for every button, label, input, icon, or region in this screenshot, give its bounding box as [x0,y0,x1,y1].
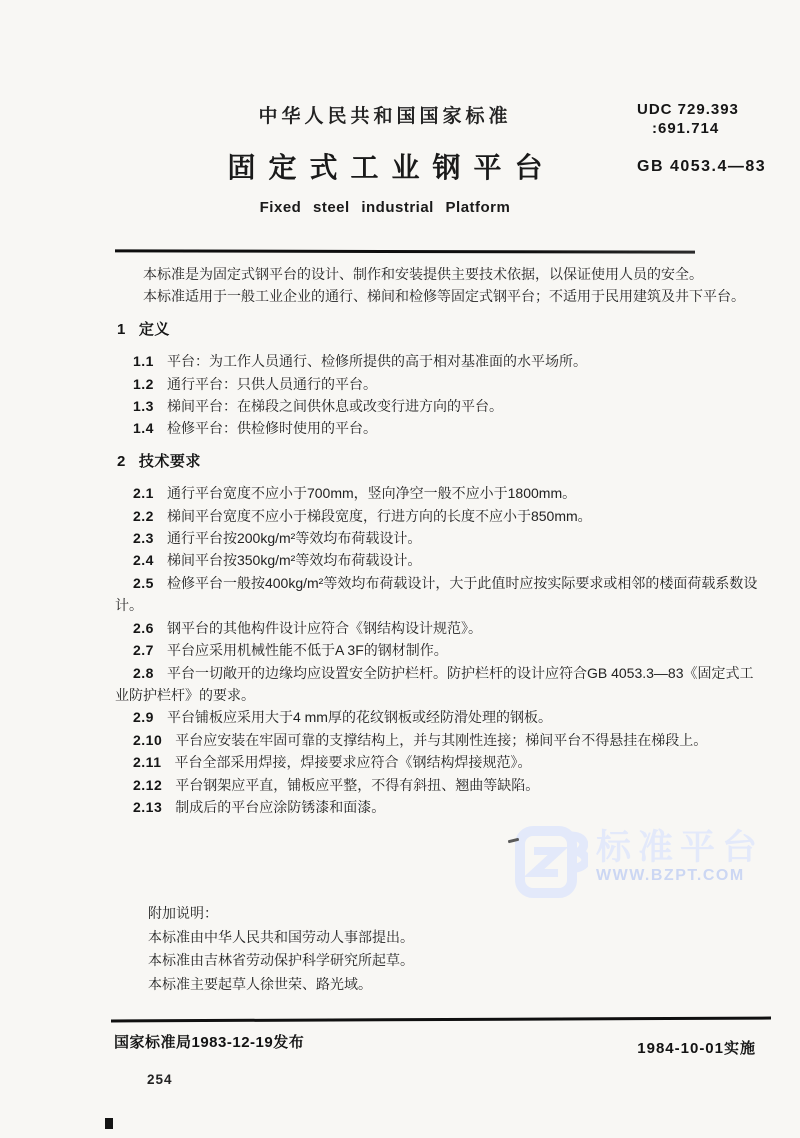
section-heading-definitions: 1定义 [117,319,767,341]
udc-line1: UDC 729.393 [637,100,739,119]
intro-paragraph: 本标准适用于一般工业企业的通行、梯间和检修等固定式钢平台；不适用于民用建筑及井下… [115,285,767,307]
clause-text: 平台铺板应采用大于4 mm厚的花纹钢板或经防滑处理的钢板。 [167,709,552,725]
clause: 2.11平台全部采用焊接，焊接要求应符合《钢结构焊接规范》。 [115,751,767,773]
clause-text: 梯间平台：在梯段之间供休息或改变行进方向的平台。 [167,398,503,414]
clause-number: 2.10 [133,732,162,748]
udc-number-block: UDC 729.393 :691.714 [637,100,739,138]
clause-text: 通行平台宽度不应小于700mm，竖向净空一般不应小于1800mm。 [167,485,576,501]
clause-number: 2.12 [133,777,162,793]
clause-text: 检修平台：供检修时使用的平台。 [167,420,377,436]
footer-divider [111,1017,771,1023]
clause-text: 检修平台一般按400kg/m²等效均布荷载设计，大于此值时应按实际要求或相邻的楼… [115,575,757,613]
clause-text: 平台应采用机械性能不低于A 3F的钢材制作。 [167,642,448,658]
intro-paragraph: 本标准是为固定式钢平台的设计、制作和安装提供主要技术依据，以保证使用人员的安全。 [115,263,767,285]
clause-number: 2.2 [133,508,154,524]
clause: 2.4梯间平台按350kg/m²等效均布荷载设计。 [115,549,767,571]
clause-number: 1.4 [133,420,154,436]
header-divider [115,249,695,253]
clause-number: 2.11 [133,754,161,770]
additional-notes: 附加说明： 本标准由中华人民共和国劳动人事部提出。 本标准由吉林省劳动保护科学研… [148,902,767,996]
page-title-english: Fixed steel industrial Platform [115,199,655,216]
udc-line2: :691.714 [637,119,739,138]
clause-number: 2.13 [133,799,162,815]
clause-number: 2.8 [133,665,154,681]
clause: 1.1平台：为工作人员通行、检修所提供的高于相对基准面的水平场所。 [115,350,767,372]
clause-number: 2.1 [133,485,154,501]
clause-text: 通行平台按200kg/m²等效均布荷载设计。 [167,530,421,546]
clause: 2.10平台应安装在牢固可靠的支撑结构上，并与其刚性连接；梯间平台不得悬挂在梯段… [115,729,767,751]
clause: 1.4检修平台：供检修时使用的平台。 [115,417,767,439]
section-title: 定义 [139,321,170,338]
clause-number: 2.7 [133,642,154,658]
clause-number: 1.1 [133,353,154,369]
notes-line: 本标准主要起草人徐世荣、路光域。 [148,973,767,997]
clause-number: 2.6 [133,620,154,636]
clause: 2.3通行平台按200kg/m²等效均布荷载设计。 [115,527,767,549]
section-number: 1 [117,321,126,338]
clause: 1.2通行平台：只供人员通行的平台。 [115,373,767,395]
section-number: 2 [117,453,126,470]
clause-number: 2.4 [133,552,154,568]
section-heading-technical-requirements: 2技术要求 [117,451,767,473]
clause: 2.5检修平台一般按400kg/m²等效均布荷载设计，大于此值时应按实际要求或相… [115,572,767,617]
clause-text: 平台：为工作人员通行、检修所提供的高于相对基准面的水平场所。 [167,353,587,369]
scan-artifact-square [105,1118,113,1129]
page-title: 固定式工业钢平台 [115,146,655,186]
footer-issued-date: 国家标准局1983-12-19发布 [114,1031,304,1052]
page-number: 254 [147,1072,173,1087]
clause-text: 平台应安装在牢固可靠的支撑结构上，并与其刚性连接；梯间平台不得悬挂在梯段上。 [175,732,707,748]
notes-line: 本标准由中华人民共和国劳动人事部提出。 [148,926,767,950]
clause-text: 梯间平台宽度不应小于梯段宽度，行进方向的长度不应小于850mm。 [167,508,592,524]
clause-text: 平台全部采用焊接，焊接要求应符合《钢结构焊接规范》。 [174,754,531,770]
section-title: 技术要求 [139,453,201,470]
clause-number: 2.5 [133,575,154,591]
clause-number: 2.3 [133,530,154,546]
footer-effective-date: 1984-10-01实施 [637,1037,756,1058]
clause: 2.1通行平台宽度不应小于700mm，竖向净空一般不应小于1800mm。 [115,482,767,504]
clause-text: 梯间平台按350kg/m²等效均布荷载设计。 [167,552,421,568]
standard-label: 中华人民共和国国家标准 [115,101,655,128]
clause: 2.7平台应采用机械性能不低于A 3F的钢材制作。 [115,639,767,661]
clause-text: 钢平台的其他构件设计应符合《钢结构设计规范》。 [167,620,482,636]
clause: 2.13制成后的平台应涂防锈漆和面漆。 [115,796,767,818]
clause: 2.2梯间平台宽度不应小于梯段宽度，行进方向的长度不应小于850mm。 [115,505,767,527]
clause-number: 2.9 [133,709,154,725]
clause: 1.3梯间平台：在梯段之间供休息或改变行进方向的平台。 [115,395,767,417]
clause-number: 1.2 [133,376,154,392]
clause: 2.8平台一切敞开的边缘均应设置安全防护栏杆。防护栏杆的设计应符合GB 4053… [115,662,767,707]
notes-title: 附加说明： [148,902,767,926]
clause-number: 1.3 [133,398,154,414]
clause-text: 平台钢架应平直，铺板应平整，不得有斜扭、翘曲等缺陷。 [175,777,539,793]
clause: 2.9平台铺板应采用大于4 mm厚的花纹钢板或经防滑处理的钢板。 [115,706,767,728]
clause-text: 制成后的平台应涂防锈漆和面漆。 [175,799,385,815]
standard-number: GB 4053.4—83 [637,158,766,176]
document-page: 中华人民共和国国家标准 固定式工业钢平台 Fixed steel industr… [0,0,800,1138]
clause-text: 通行平台：只供人员通行的平台。 [167,376,377,392]
clause: 2.6钢平台的其他构件设计应符合《钢结构设计规范》。 [115,617,767,639]
document-body: 本标准是为固定式钢平台的设计、制作和安装提供主要技术依据，以保证使用人员的安全。… [115,263,767,996]
clause: 2.12平台钢架应平直，铺板应平整，不得有斜扭、翘曲等缺陷。 [115,774,767,796]
clause-text: 平台一切敞开的边缘均应设置安全防护栏杆。防护栏杆的设计应符合GB 4053.3—… [115,665,753,703]
notes-line: 本标准由吉林省劳动保护科学研究所起草。 [148,949,767,973]
